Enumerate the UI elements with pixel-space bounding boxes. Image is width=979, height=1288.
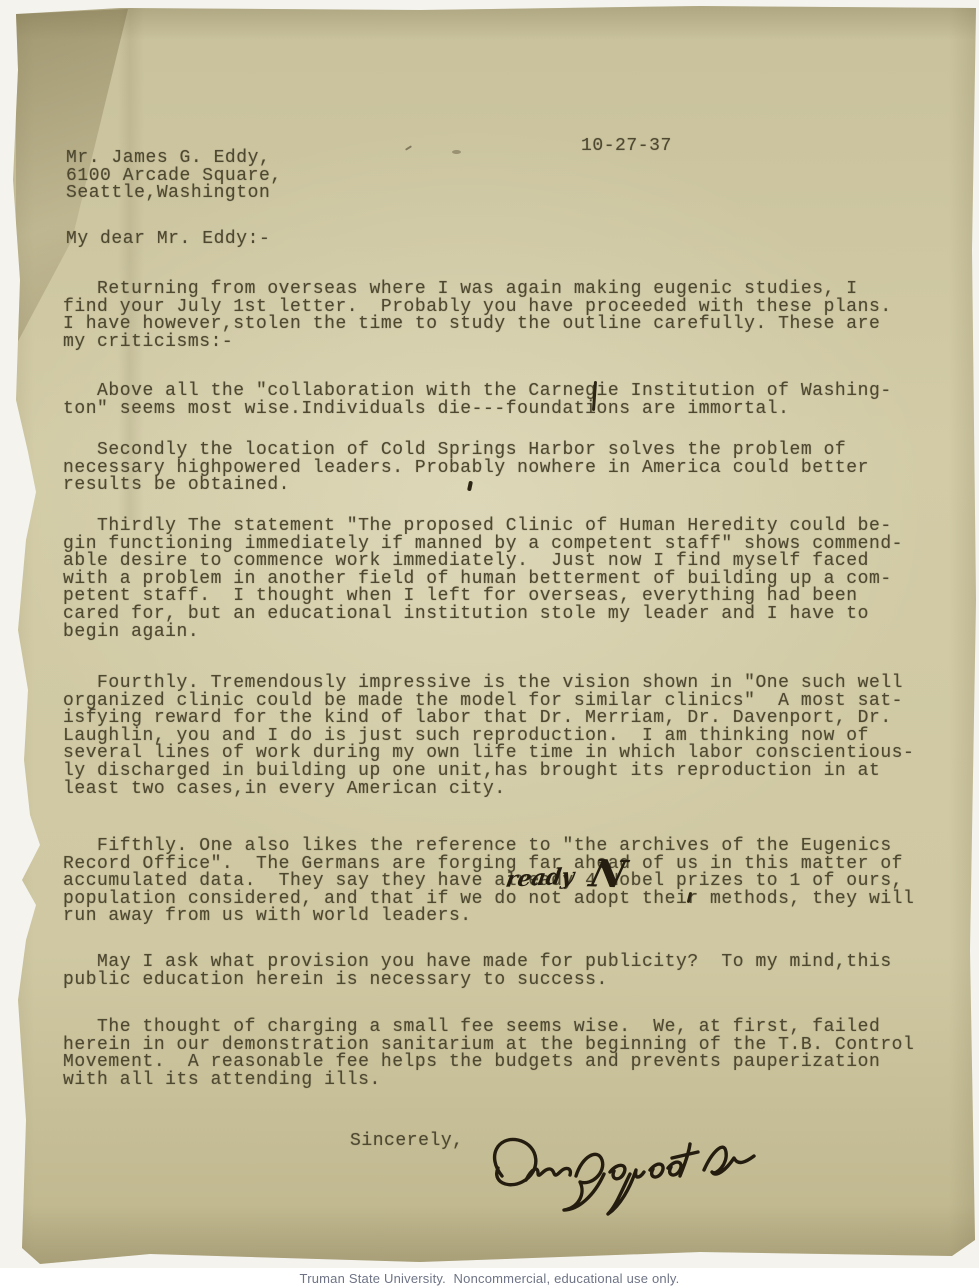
faint-smudge-mark: [452, 150, 461, 154]
paragraph-secondly: Secondly the location of Cold Springs Ha…: [63, 442, 869, 495]
footer-credit-strip: Truman State University. Noncommercial, …: [0, 1268, 979, 1288]
paragraph-publicity: May I ask what provision you have made f…: [63, 954, 892, 989]
paragraph-thirdly: Thirdly The statement "The proposed Clin…: [63, 518, 903, 641]
salutation: My dear Mr. Eddy:-: [66, 231, 270, 249]
handwritten-insert-ready: ready: [504, 863, 576, 893]
paragraph-collaboration: Above all the "collaboration with the Ca…: [63, 383, 892, 418]
paragraph-fifthly: Fifthly. One also likes the reference to…: [63, 838, 914, 926]
signature-handwriting: [468, 1110, 818, 1225]
letter-paper: 10-27-37 Mr. James G. Eddy, 6100 Arcade …: [0, 0, 979, 1270]
paragraph-fee: The thought of charging a small fee seem…: [63, 1019, 914, 1089]
letter-date: 10-27-37: [581, 138, 672, 156]
faint-pen-mark: [405, 145, 412, 150]
recipient-address: Mr. James G. Eddy, 6100 Arcade Square, S…: [66, 150, 282, 203]
paragraph-fourthly: Fourthly. Tremendously impressive is the…: [63, 675, 914, 798]
closing-sincerely: Sincerely,: [350, 1133, 464, 1151]
paragraph-returning: Returning from overseas where I was agai…: [63, 281, 892, 351]
footer-credit-text: Truman State University. Noncommercial, …: [300, 1271, 680, 1286]
